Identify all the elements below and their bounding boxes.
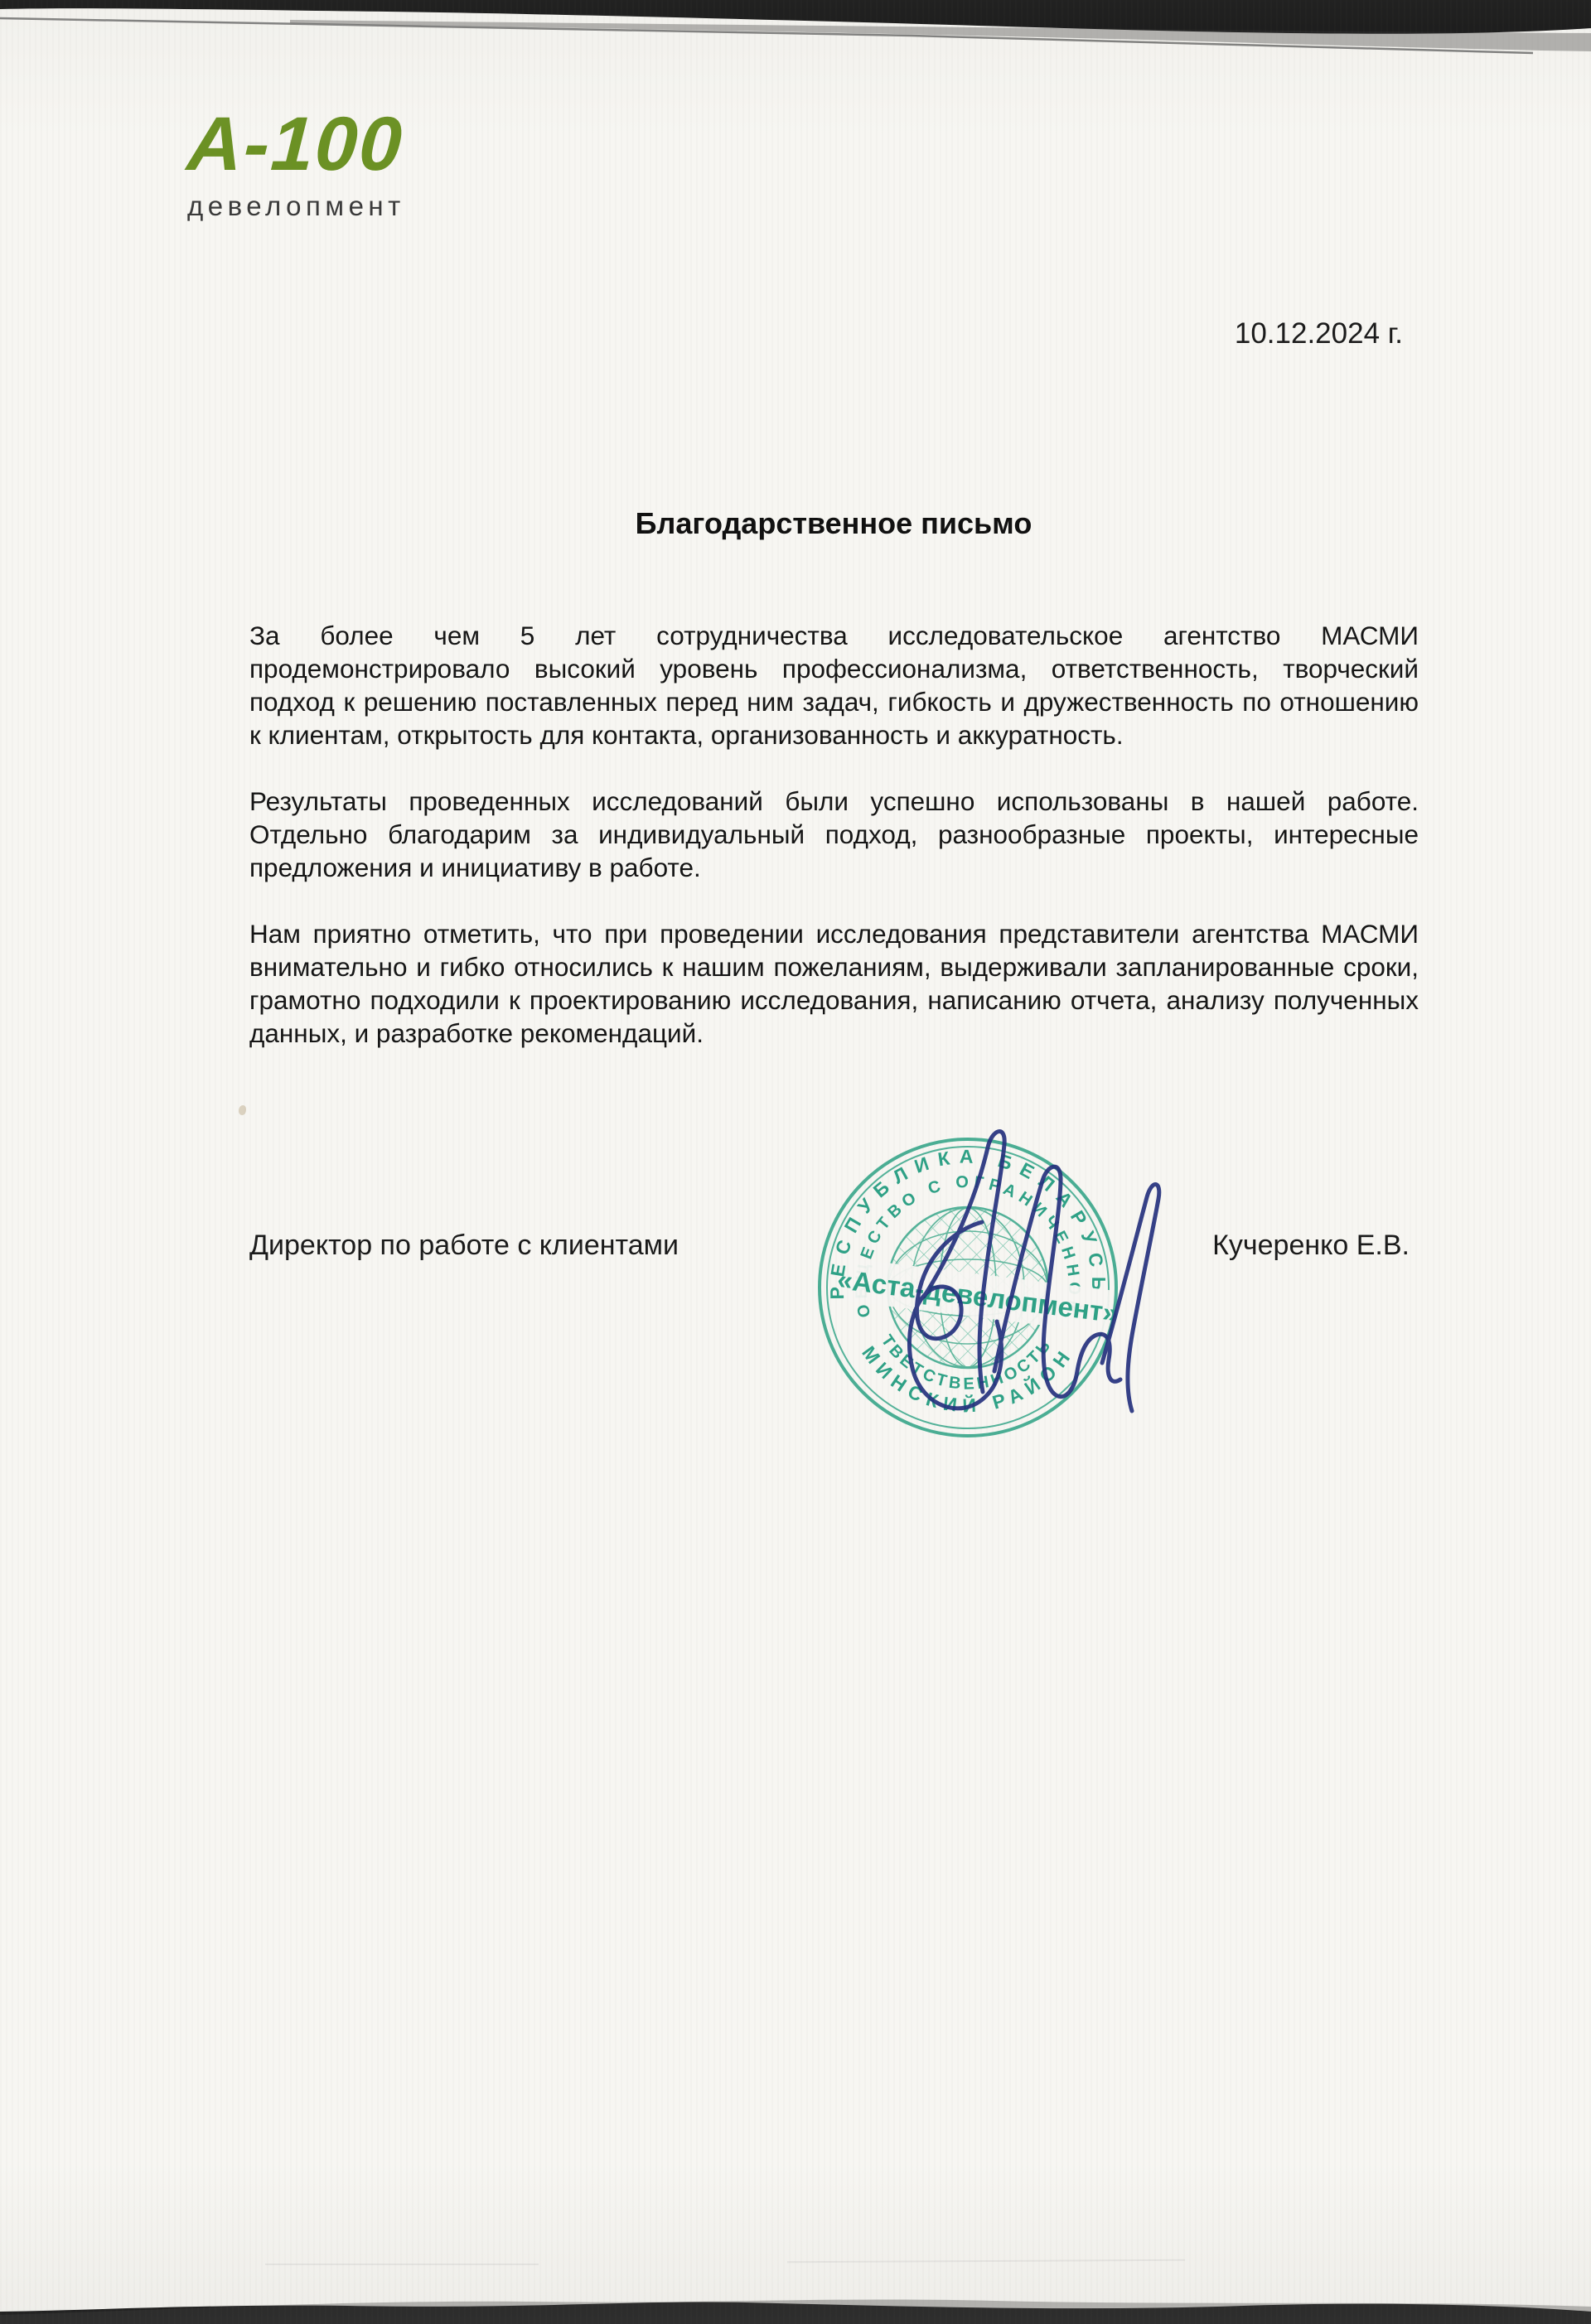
scan-speck (239, 1105, 246, 1115)
signer-position-title: Директор по работе с клиентами (249, 1230, 679, 1262)
body-paragraph-3: Нам приятно отметить, что при проведении… (249, 917, 1419, 1050)
letter-title: Благодарственное письмо (249, 506, 1419, 541)
logo-brand-text: А-100 (186, 106, 408, 182)
scan-artifact-top (0, 0, 1591, 58)
letter-body: За более чем 5 лет сотрудничества исслед… (249, 619, 1419, 1050)
signer-name: Кучеренко Е.В. (1212, 1230, 1410, 1262)
body-paragraph-1: За более чем 5 лет сотрудничества исслед… (249, 619, 1419, 751)
scan-smudge-line (787, 2259, 1185, 2264)
body-paragraph-2: Результаты проведенных исследований были… (249, 785, 1419, 884)
scanned-letter-page: А-100 девелопмент 10.12.2024 г. Благодар… (0, 0, 1591, 2324)
scan-artifact-bottom (0, 2278, 1591, 2324)
company-logo: А-100 девелопмент (187, 106, 405, 222)
logo-subtitle-text: девелопмент (187, 191, 405, 222)
letter-date: 10.12.2024 г. (1235, 317, 1403, 350)
handwritten-signature (829, 1098, 1168, 1446)
scan-smudge-line (265, 2264, 539, 2265)
